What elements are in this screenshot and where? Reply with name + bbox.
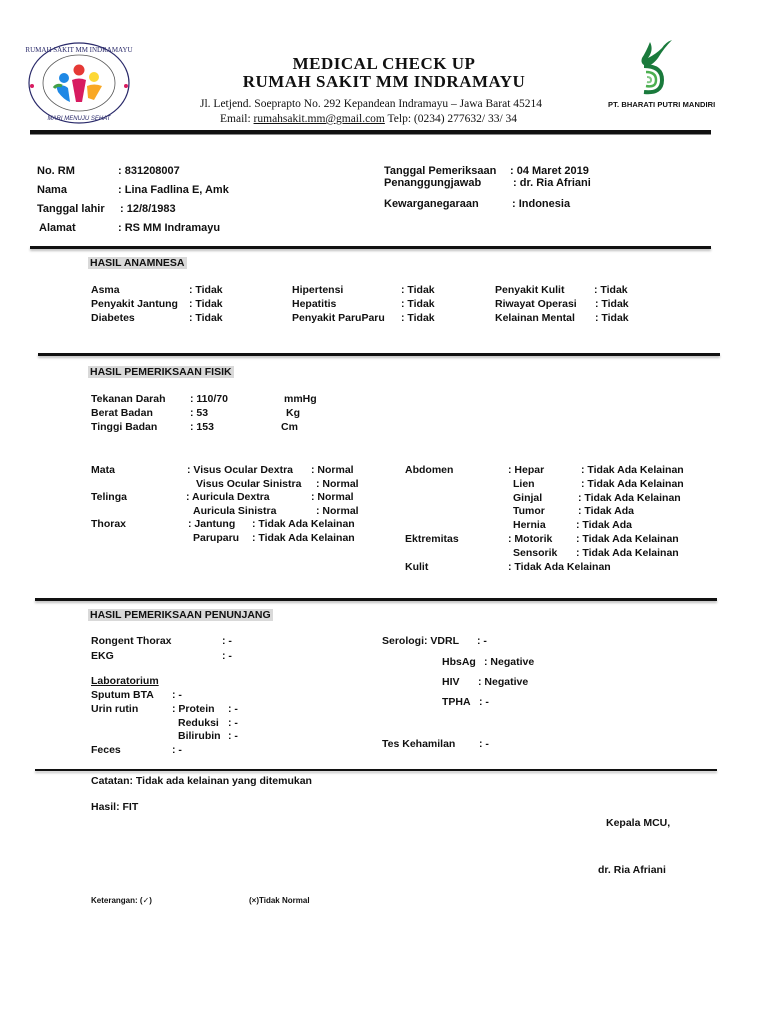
patient-field-value: : Lina Fadlina E, Amk (118, 184, 229, 196)
email-link[interactable]: rumahsakit.mm@gmail.com (254, 113, 385, 125)
patient-field-value: : 831208007 (118, 165, 180, 177)
fisik-sub-label: : Auricula Dextra (186, 491, 270, 503)
anamnesa-label: Kelainan Mental (495, 312, 575, 324)
fisik-title: HASIL PEMERIKSAAN FISIK (88, 366, 234, 378)
fisik-value: : Tidak Ada Kelainan (581, 464, 684, 476)
fisik-label: Mata (91, 464, 115, 476)
kehamilan-value: : - (479, 738, 489, 750)
sputum-value: : - (172, 689, 182, 701)
vital-unit: mmHg (284, 393, 317, 405)
fisik-label: Kulit (405, 561, 428, 573)
urin-value: : - (228, 717, 238, 729)
vital-unit: Kg (286, 407, 300, 419)
doctor-signature-name: dr. Ria Afriani (598, 864, 666, 876)
patient-field-label: No. RM (37, 165, 75, 177)
fisik-label: Thorax (91, 518, 126, 530)
anamnesa-label: Hepatitis (292, 298, 336, 310)
serologi-value: : Negative (478, 676, 528, 688)
anamnesa-label: Riwayat Operasi (495, 298, 577, 310)
fisik-sub-label: Paruparu (193, 532, 239, 544)
serologi-sub-label: TPHA (442, 696, 471, 708)
anamnesa-value: : Tidak (595, 298, 629, 310)
urin-sub-label: Bilirubin (178, 730, 221, 742)
patient-field-label: Tanggal Pemeriksaan (384, 165, 496, 177)
patient-field-value: : RS MM Indramayu (118, 222, 220, 234)
patient-field-value: : 12/8/1983 (120, 203, 176, 215)
anamnesa-label: Asma (91, 284, 120, 296)
vital-value: : 153 (190, 421, 214, 433)
penunjang-divider (35, 769, 717, 771)
rongent-label: Rongent Thorax (91, 635, 172, 647)
urin-label: Urin rutin (91, 703, 138, 715)
serologi-sub-label: HbsAg (442, 656, 476, 668)
vital-unit: Cm (281, 421, 298, 433)
patient-field-value: : dr. Ria Afriani (513, 177, 591, 189)
fisik-label: Ektremitas (405, 533, 459, 545)
sputum-label: Sputum BTA (91, 689, 154, 701)
phone-text: Telp: (0234) 277632/ 33/ 34 (385, 113, 517, 125)
anamnesa-value: : Tidak (189, 284, 223, 296)
anamnesa-value: : Tidak (401, 312, 435, 324)
vital-value: : 110/70 (190, 393, 228, 405)
kepala-mcu-label: Kepala MCU, (606, 817, 670, 829)
patient-divider (30, 246, 711, 249)
anamnesa-value: : Tidak (189, 312, 223, 324)
fisik-sub-label: : Jantung (188, 518, 235, 530)
anamnesa-label: Diabetes (91, 312, 135, 324)
feces-label: Feces (91, 744, 121, 756)
fisik-value: : Tidak Ada Kelainan (581, 478, 684, 490)
anamnesa-value: : Tidak (401, 284, 435, 296)
catatan-text: Catatan: Tidak ada kelainan yang ditemuk… (91, 775, 312, 787)
anamnesa-title: HASIL ANAMNESA (88, 257, 187, 269)
svg-text:MARI MENUJU SEHAT: MARI MENUJU SEHAT (48, 116, 112, 122)
anamnesa-label: Penyakit Jantung (91, 298, 178, 310)
serologi-value: : - (479, 696, 489, 708)
fisik-sub-label: Hernia (513, 519, 546, 531)
serologi-value: : Negative (484, 656, 534, 668)
keterangan-normal: Keterangan: (✓) (91, 896, 152, 905)
urin-value: : - (228, 730, 238, 742)
urin-value: : - (228, 703, 238, 715)
fisik-sub-label: : Motorik (508, 533, 552, 545)
fisik-sub-label: Visus Ocular Sinistra (196, 478, 301, 490)
laboratorium-title: Laboratorium (91, 675, 159, 687)
anamnesa-label: Penyakit Kulit (495, 284, 564, 296)
hospital-address: Jl. Letjend. Soeprapto No. 292 Kepandean… (200, 98, 542, 110)
fisik-sub-label: Tumor (513, 505, 545, 517)
serologi-label: Serologi (382, 635, 424, 647)
patient-field-value: : Indonesia (512, 198, 570, 210)
fisik-sub-label: : Hepar (508, 464, 544, 476)
vital-value: : 53 (190, 407, 208, 419)
fisik-label: Abdomen (405, 464, 453, 476)
anamnesa-value: : Tidak (594, 284, 628, 296)
fisik-value: : Tidak Ada Kelainan (252, 532, 355, 544)
urin-sub-label: : Protein (172, 703, 215, 715)
header-divider (30, 130, 711, 135)
hospital-contact: Email: rumahsakit.mm@gmail.com Telp: (02… (220, 113, 517, 125)
feces-value: : - (172, 744, 182, 756)
patient-field-label: Nama (37, 184, 67, 196)
anamnesa-divider (38, 353, 720, 356)
fisik-value: : Tidak Ada (578, 505, 634, 517)
serologi-value: : - (477, 635, 487, 647)
anamnesa-label: Penyakit ParuParu (292, 312, 385, 324)
svg-text:RUMAH SAKIT MM INDRAMAYU: RUMAH SAKIT MM INDRAMAYU (25, 46, 132, 54)
anamnesa-value: : Tidak (595, 312, 629, 324)
patient-field-label: Tanggal lahir (37, 203, 105, 215)
fisik-value: : Normal (311, 491, 354, 503)
email-label: Email: (220, 113, 254, 125)
anamnesa-label: Hipertensi (292, 284, 343, 296)
ekg-value: : - (222, 650, 232, 662)
fisik-label: Telinga (91, 491, 127, 503)
hasil-text: Hasil: FIT (91, 801, 138, 813)
fisik-sub-label: Ginjal (513, 492, 542, 504)
patient-field-value: : 04 Maret 2019 (510, 165, 589, 177)
anamnesa-value: : Tidak (401, 298, 435, 310)
fisik-value: : Normal (316, 505, 359, 517)
fisik-divider (35, 598, 717, 601)
fisik-value: : Tidak Ada Kelainan (576, 533, 679, 545)
ekg-label: EKG (91, 650, 114, 662)
fisik-sub-label: Lien (513, 478, 535, 490)
bird-logo-icon (610, 36, 710, 100)
fisik-value: : Normal (316, 478, 359, 490)
patient-field-label: Penanggungjawab (384, 177, 481, 189)
fisik-sub-label: : Visus Ocular Dextra (187, 464, 293, 476)
keterangan-tidak-normal: (×)Tidak Normal (249, 896, 310, 905)
vital-label: Tinggi Badan (91, 421, 157, 433)
urin-sub-label: Reduksi (178, 717, 219, 729)
serologi-sub-label: HIV (442, 676, 460, 688)
vital-label: Tekanan Darah (91, 393, 166, 405)
rongent-value: : - (222, 635, 232, 647)
fisik-sub-label: Sensorik (513, 547, 557, 559)
company-name: PT. BHARATI PUTRI MANDIRI (608, 100, 715, 109)
fisik-value: : Tidak Ada Kelainan (576, 547, 679, 559)
fisik-value: : Normal (311, 464, 354, 476)
penunjang-title: HASIL PEMERIKSAAN PENUNJANG (88, 609, 273, 621)
fisik-sub-label: Auricula Sinistra (193, 505, 276, 517)
fisik-sub-label: : Tidak Ada Kelainan (508, 561, 611, 573)
fisik-value: : Tidak Ada (576, 519, 632, 531)
patient-field-label: Alamat (39, 222, 76, 234)
anamnesa-value: : Tidak (189, 298, 223, 310)
fisik-value: : Tidak Ada Kelainan (578, 492, 681, 504)
kehamilan-label: Tes Kehamilan (382, 738, 455, 750)
vital-label: Berat Badan (91, 407, 153, 419)
serologi-sub-label: : VDRL (424, 635, 459, 647)
fisik-value: : Tidak Ada Kelainan (252, 518, 355, 530)
patient-field-label: Kewarganegaraan (384, 198, 479, 210)
